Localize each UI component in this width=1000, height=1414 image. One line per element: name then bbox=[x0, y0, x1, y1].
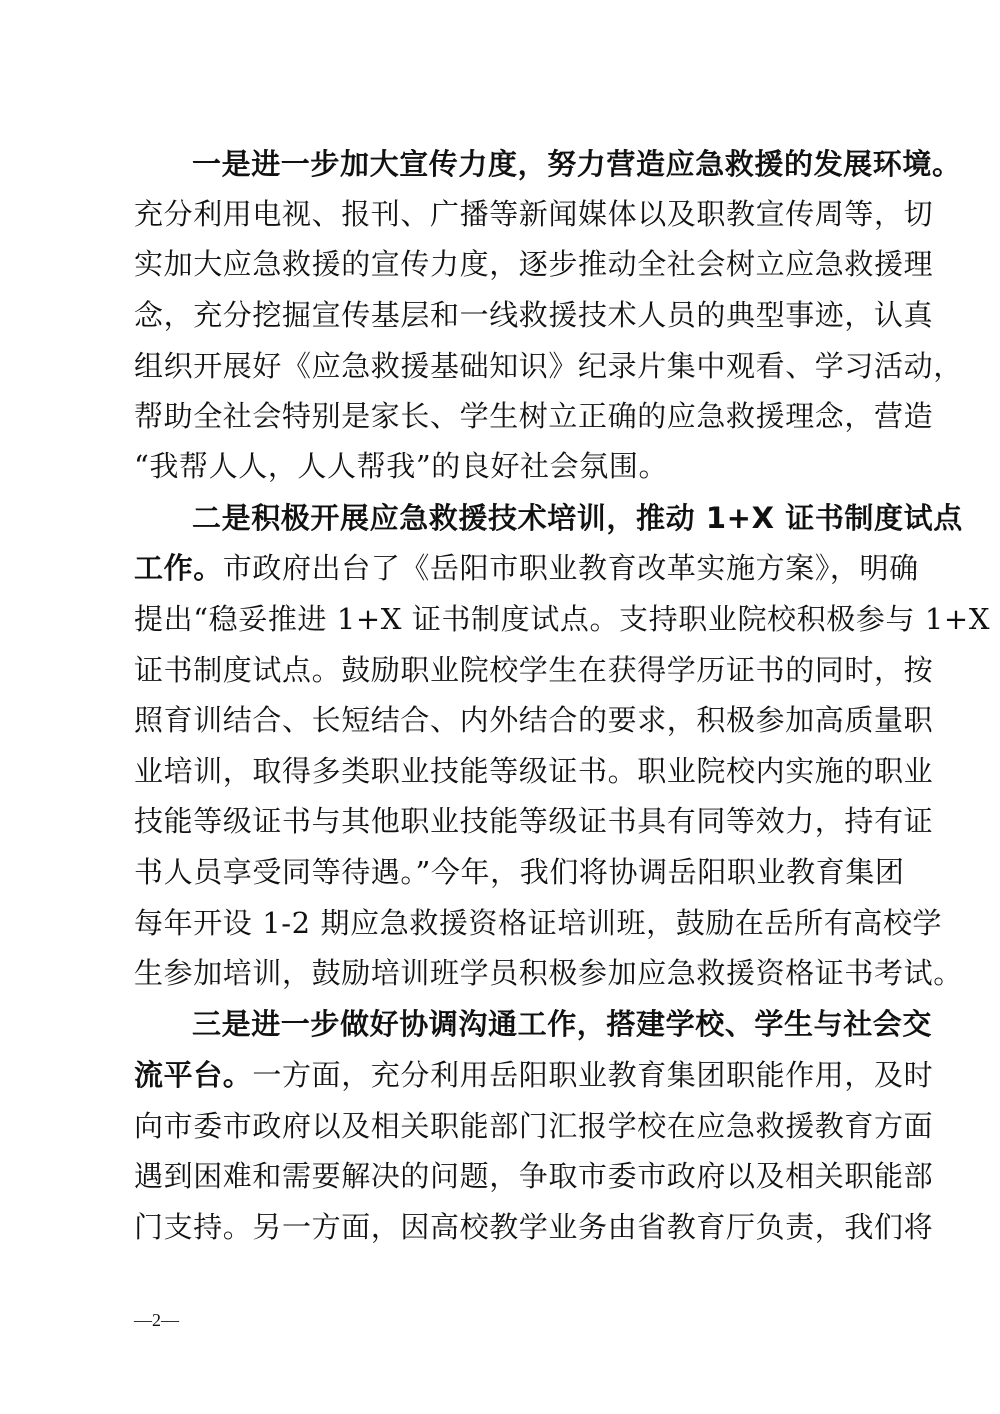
paragraph-2-line-9: 每年开设 1-2 期应急救援资格证培训班，鼓励在岳所有高校学 bbox=[134, 903, 874, 943]
section-heading: 一是进一步加大宣传力度，努力营造应急救援的发展环境。 bbox=[192, 147, 962, 181]
paragraph-1-line-4: 念，充分挖掘宣传基层和一线救援技术人员的典型事迹，认真 bbox=[134, 295, 874, 335]
paragraph-2-line-7: 技能等级证书与其他职业技能等级证书具有同等效力，持有证 bbox=[134, 801, 874, 841]
section-heading: 二是积极开展应急救援技术培训，推动 1+X 证书制度试点 bbox=[192, 501, 963, 535]
paragraph-2-line-10: 生参加培训，鼓励培训班学员积极参加应急救援资格证书考试。 bbox=[134, 953, 874, 993]
paragraph-2-line-5: 照育训结合、长短结合、内外结合的要求，积极参加高质量职 bbox=[134, 700, 874, 740]
section-heading-tail: 流平台。 bbox=[134, 1058, 252, 1092]
paragraph-3-line-3: 向市委市政府以及相关职能部门汇报学校在应急救援教育方面 bbox=[134, 1106, 874, 1146]
section-heading-tail: 工作。 bbox=[134, 551, 223, 585]
paragraph-2-line-4: 证书制度试点。鼓励职业院校学生在获得学历证书的同时，按 bbox=[134, 650, 874, 690]
paragraph-1-line-7: “我帮人人，人人帮我”的良好社会氛围。 bbox=[134, 446, 874, 486]
paragraph-1-line-5: 组织开展好《应急救援基础知识》纪录片集中观看、学习活动， bbox=[134, 346, 874, 386]
page-number: —2— bbox=[134, 1308, 179, 1332]
paragraph-3-line-4: 遇到困难和需要解决的问题，争取市委市政府以及相关职能部 bbox=[134, 1156, 874, 1196]
paragraph-2-line-8: 书人员享受同等待遇。”今年，我们将协调岳阳职业教育集团 bbox=[134, 852, 874, 892]
paragraph-2-line-2: 工作。市政府出台了《岳阳市职业教育改革实施方案》，明确 bbox=[134, 548, 874, 588]
paragraph-1-line-1: 一是进一步加大宣传力度，努力营造应急救援的发展环境。 bbox=[192, 144, 874, 184]
paragraph-1-line-2: 充分利用电视、报刊、广播等新闻媒体以及职教宣传周等，切 bbox=[134, 194, 874, 234]
paragraph-2-line-3: 提出“稳妥推进 1+X 证书制度试点。支持职业院校积极参与 1+X bbox=[134, 599, 874, 639]
paragraph-3-line-1: 三是进一步做好协调沟通工作，搭建学校、学生与社会交 bbox=[192, 1004, 874, 1044]
paragraph-3-line-5: 门支持。另一方面，因高校教学业务由省教育厅负责，我们将 bbox=[134, 1207, 874, 1247]
section-heading: 三是进一步做好协调沟通工作，搭建学校、学生与社会交 bbox=[192, 1007, 932, 1041]
paragraph-1-line-3: 实加大应急救援的宣传力度，逐步推动全社会树立应急救援理 bbox=[134, 244, 874, 284]
document-page: 一是进一步加大宣传力度，努力营造应急救援的发展环境。 充分利用电视、报刊、广播等… bbox=[0, 0, 1000, 1414]
paragraph-3-line-2: 流平台。一方面，充分利用岳阳职业教育集团职能作用，及时 bbox=[134, 1055, 874, 1095]
paragraph-1-line-6: 帮助全社会特别是家长、学生树立正确的应急救援理念，营造 bbox=[134, 396, 874, 436]
paragraph-2-line-1: 二是积极开展应急救援技术培训，推动 1+X 证书制度试点 bbox=[192, 498, 874, 538]
paragraph-2-line-6: 业培训，取得多类职业技能等级证书。职业院校内实施的职业 bbox=[134, 751, 874, 791]
